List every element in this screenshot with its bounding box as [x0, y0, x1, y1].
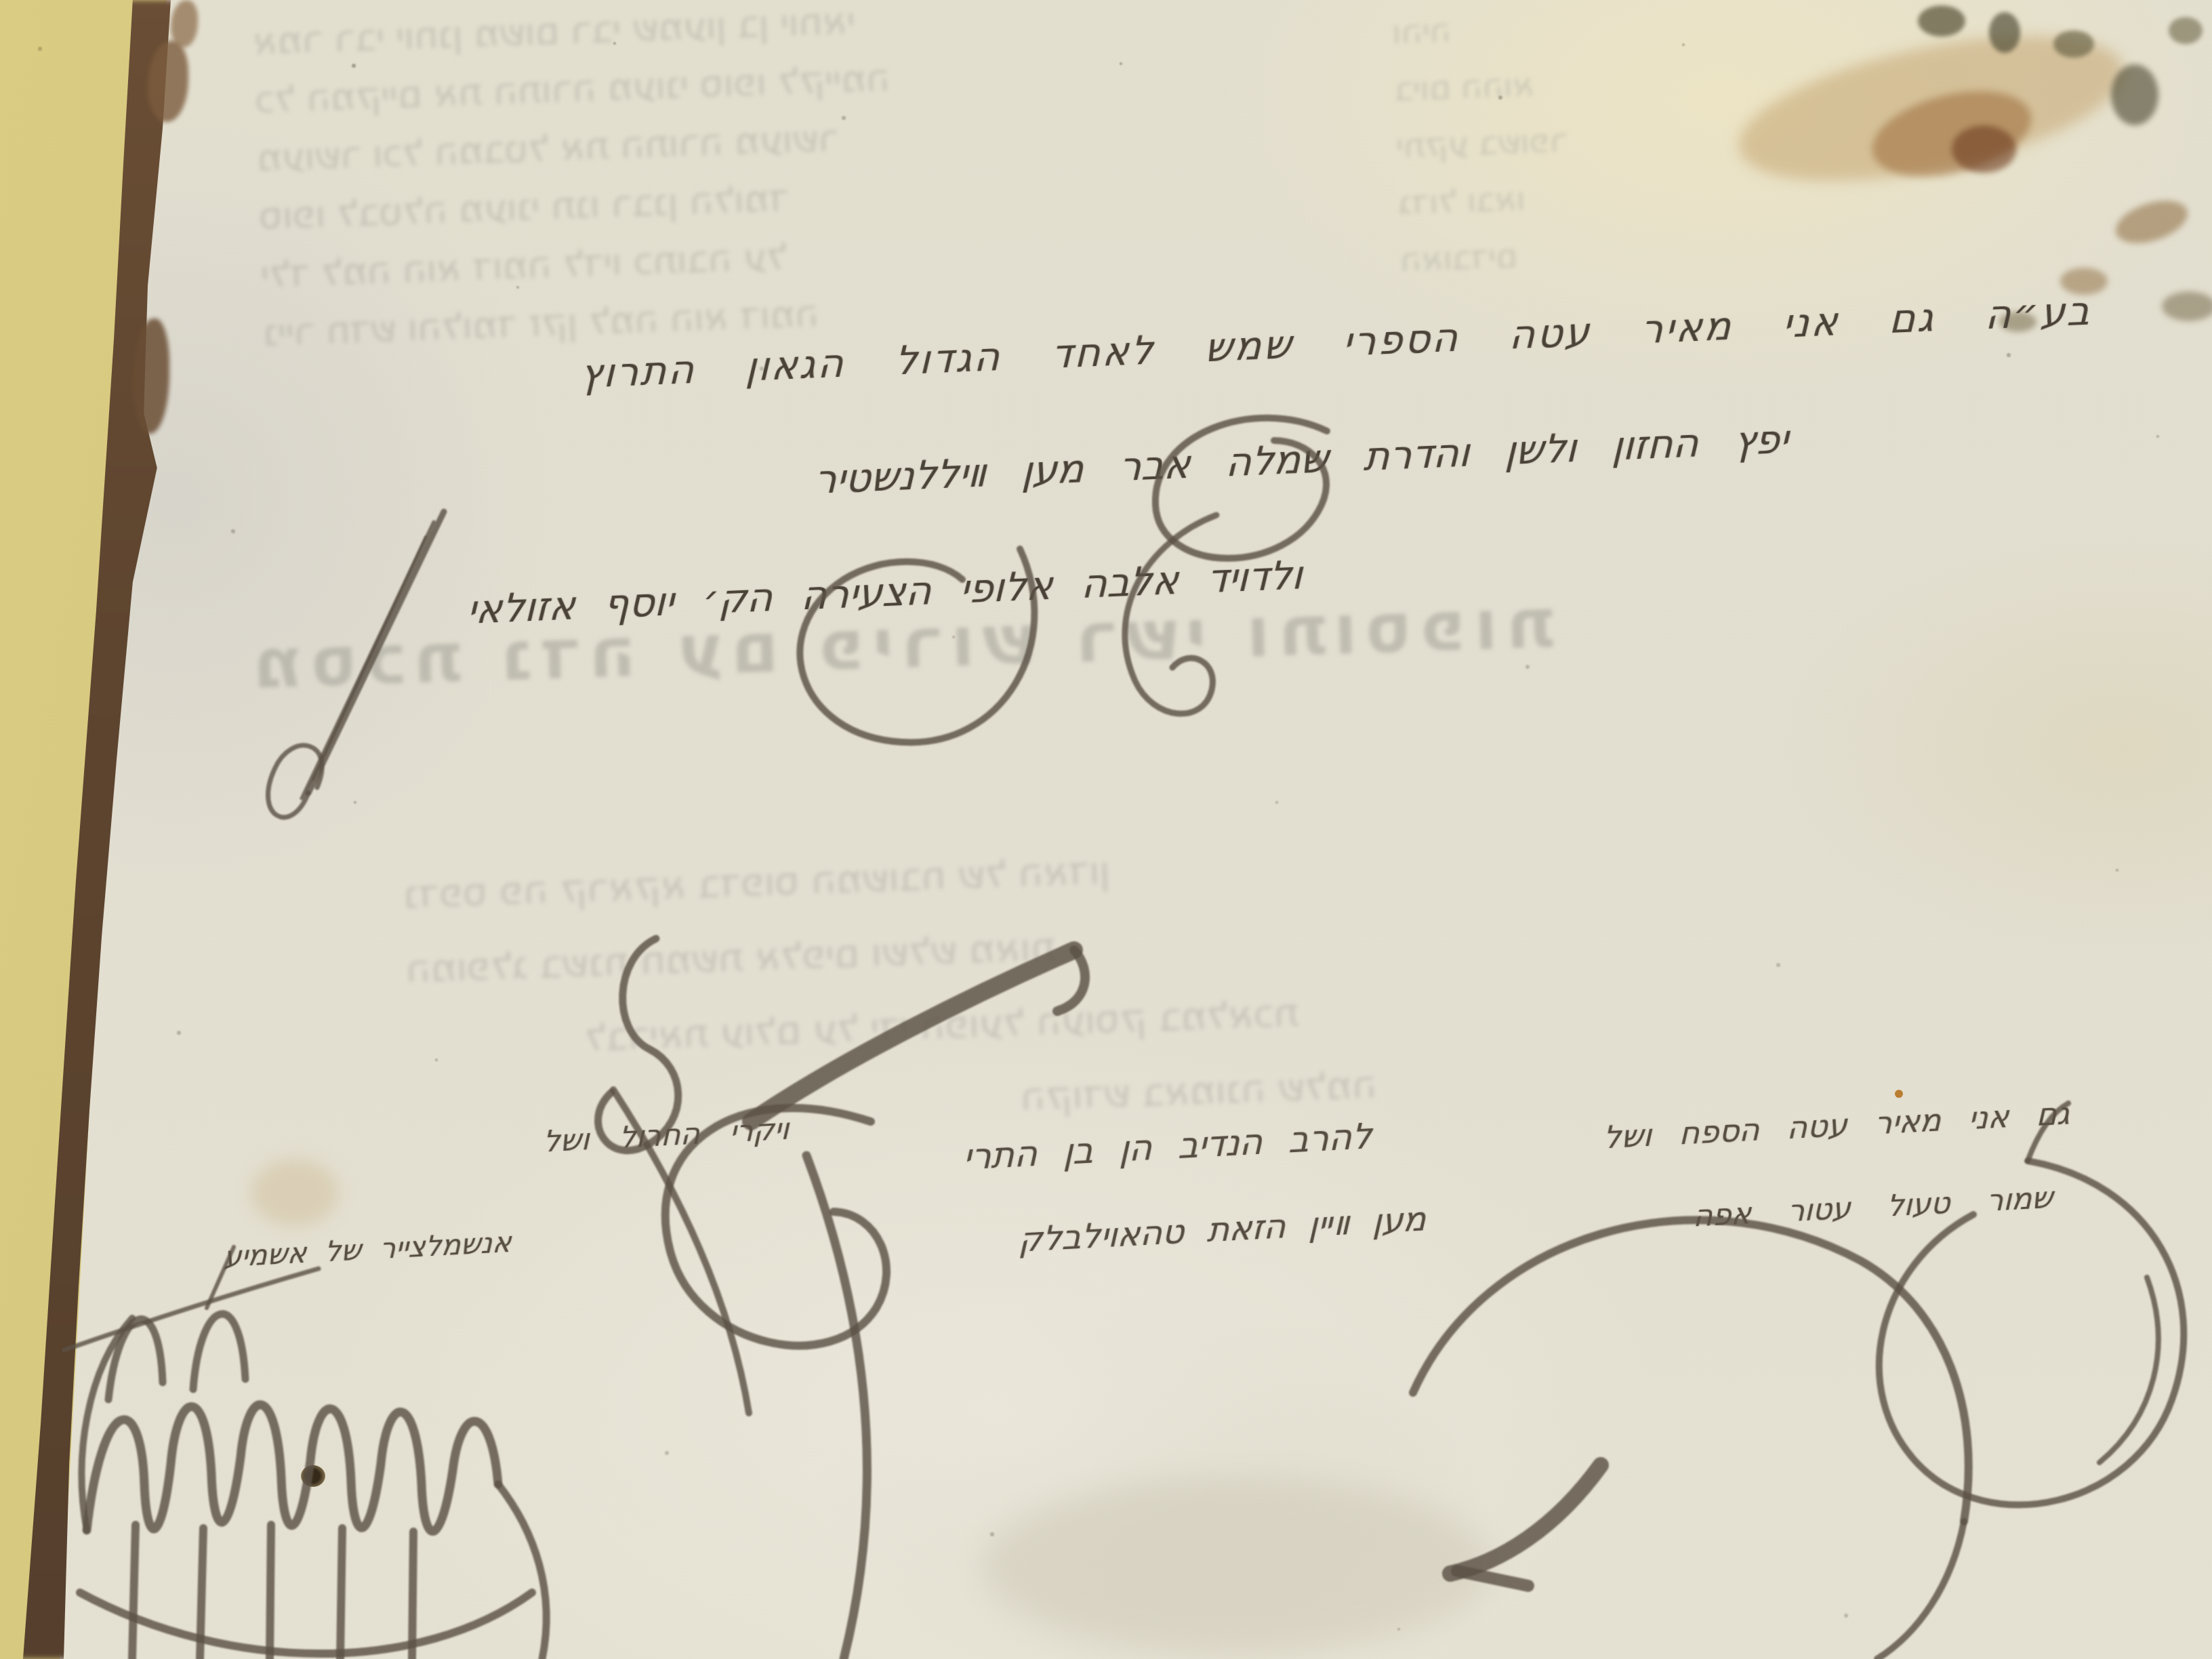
pen-flourish-descender — [1877, 1521, 1964, 1659]
pen-flourish-big-circle — [1879, 1161, 2184, 1504]
pen-flourish-loop — [193, 1314, 245, 1389]
pen-flourish-comb — [132, 1525, 136, 1659]
pen-flourish-comb — [340, 1528, 342, 1659]
pen-flourish-inner-arc — [2100, 1277, 2158, 1462]
pen-underline — [64, 1269, 319, 1350]
pen-flourish-stroke — [751, 950, 1074, 1122]
pen-flourish-crown — [87, 1405, 498, 1532]
paper-specks — [0, 0, 3, 3]
pen-flourish-comb — [270, 1525, 271, 1659]
pen-flourish-curl — [1125, 515, 1216, 714]
manuscript-photo: אמר רבי יוחנן משום רבי שמעון בן יוחאי כל… — [0, 0, 2212, 1659]
pen-flourish-heavy — [1450, 1465, 1601, 1574]
pen-flourish-tail — [2028, 1103, 2068, 1161]
pen-flourishes — [0, 0, 2212, 1659]
pen-flourish-stroke — [613, 1090, 749, 1413]
pen-flourish-arc — [80, 1593, 532, 1654]
pen-flourish-quill — [313, 537, 426, 779]
pen-flourish-figure8 — [598, 939, 678, 1151]
pen-flourish-arc — [498, 1484, 546, 1659]
pen-flourish-arch — [1413, 1220, 1969, 1521]
pen-flourish-descender — [806, 1155, 867, 1659]
pen-flourish-quill — [308, 512, 444, 793]
pen-flourish-circle — [800, 549, 1034, 742]
pen-flourish-heavy — [1457, 1571, 1528, 1586]
